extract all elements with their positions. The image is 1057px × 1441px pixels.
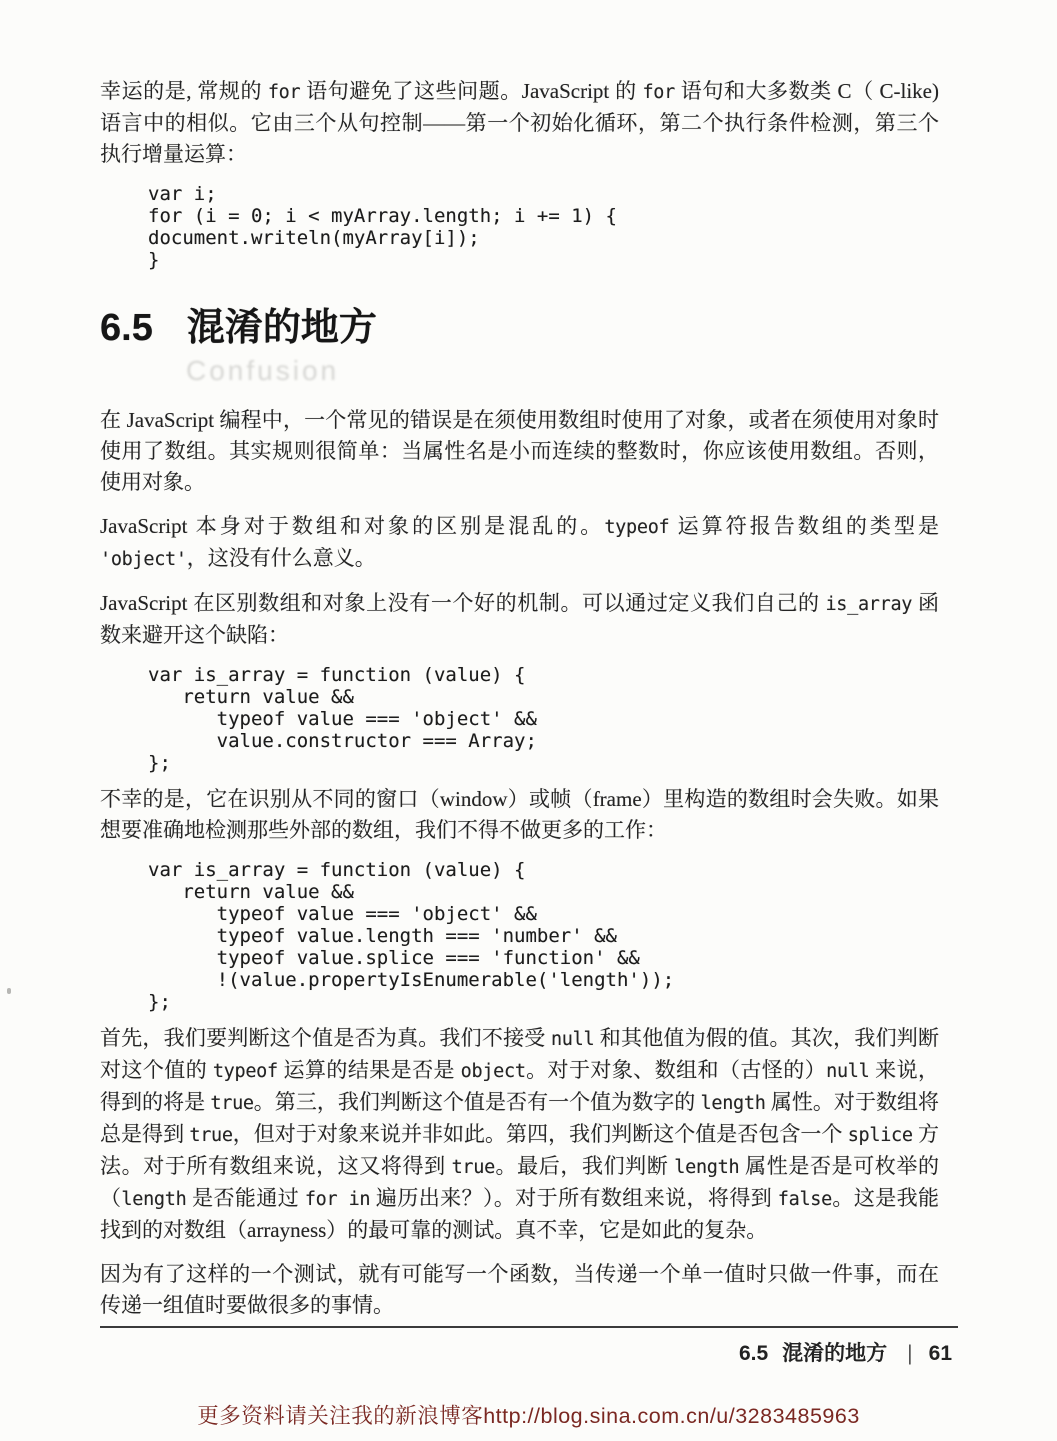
section-heading: 6.5 混淆的地方 (100, 307, 939, 351)
section-number: 6.5 (100, 307, 153, 351)
inline-code: object (461, 1061, 526, 1082)
code-block-for-loop: var i; for (i = 0; i < myArray.length; i… (148, 183, 939, 271)
inline-code: is_array (825, 594, 912, 615)
inline-code: for (642, 82, 675, 103)
intro-paragraph: 幸运的是, 常规的 for 语句避免了这些问题。JavaScript 的 for… (100, 76, 939, 170)
inline-code: for in (305, 1189, 370, 1210)
section-subtitle-english-ghost: Confusion (186, 355, 939, 391)
paragraph-conclusion: 因为有了这样的一个测试，就有可能写一个函数，当传递一个单一值时只做一件事，而在传… (100, 1259, 939, 1321)
scan-artifact-dot (7, 988, 11, 994)
footer-page-number: 61 (929, 1342, 952, 1365)
inline-code: length (701, 1093, 766, 1114)
paragraph-is-array-intro: JavaScript 在区别数组和对象上没有一个好的机制。可以通过定义我们自己的… (100, 588, 939, 651)
inline-code: splice (848, 1125, 913, 1146)
page-footer: 6.5混淆的地方|61 (100, 1326, 958, 1367)
inline-code: for (268, 82, 301, 103)
inline-code: false (778, 1189, 832, 1210)
blog-promo-note: 更多资料请关注我的新浪博客http://blog.sina.com.cn/u/3… (0, 1399, 1057, 1430)
paragraph-frame-failure: 不幸的是，它在识别从不同的窗口（window）或帧（frame）里构造的数组时会… (100, 784, 939, 846)
inline-code: null (826, 1061, 869, 1082)
inline-code: true (189, 1125, 232, 1146)
inline-code: 'object' (100, 549, 187, 570)
footer-section-title: 混淆的地方 (782, 1342, 887, 1365)
paragraph-typeof-confusion: JavaScript 本身对于数组和对象的区别是混乱的。typeof 运算符报告… (100, 511, 939, 575)
inline-code: true (210, 1093, 253, 1114)
paragraph-arrays-vs-objects: 在 JavaScript 编程中，一个常见的错误是在须使用数组时使用了对象，或者… (100, 405, 939, 498)
page-content: 幸运的是, 常规的 for 语句避免了这些问题。JavaScript 的 for… (100, 76, 939, 1334)
inline-code: typeof (604, 517, 669, 538)
inline-code: length (121, 1189, 186, 1210)
paragraph-test-explanation: 首先，我们要判断这个值是否为真。我们不接受 null 和其他值为假的值。其次，我… (100, 1023, 939, 1246)
code-block-is-array-simple: var is_array = function (value) { return… (148, 664, 939, 774)
code-block-is-array-robust: var is_array = function (value) { return… (148, 859, 939, 1013)
inline-code: typeof (213, 1061, 278, 1082)
inline-code: length (674, 1157, 739, 1178)
section-title: 混淆的地方 (187, 307, 377, 351)
scanned-book-page: 大 家 网 TopSage.com 幸运的是, 常规的 for 语句避免了这些问… (0, 0, 1057, 1441)
inline-code: null (551, 1029, 594, 1050)
footer-divider: | (907, 1342, 912, 1365)
inline-code: true (452, 1157, 495, 1178)
footer-section-number: 6.5 (739, 1342, 768, 1365)
